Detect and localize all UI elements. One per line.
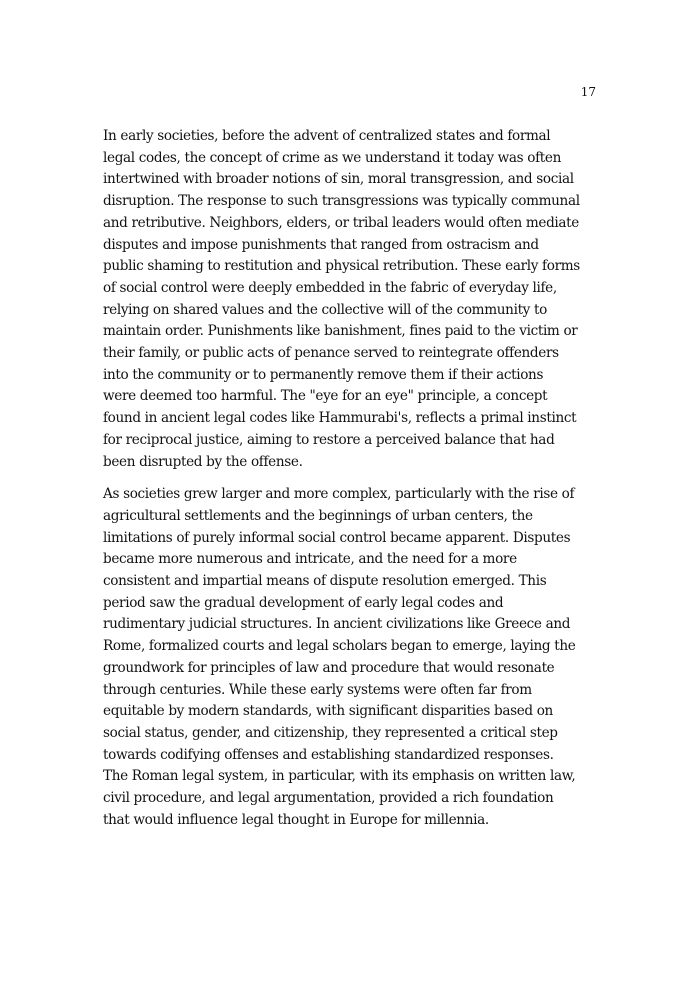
text-line: Rome, formalized courts and legal schola… — [103, 636, 599, 658]
text-line: intertwined with broader notions of sin,… — [103, 169, 599, 191]
text-line: towards codifying offenses and establish… — [103, 745, 599, 767]
text-line: social status, gender, and citizenship, … — [103, 723, 599, 745]
text-line: limitations of purely informal social co… — [103, 528, 599, 550]
text-line: through centuries. While these early sys… — [103, 680, 599, 702]
text-line: became more numerous and intricate, and … — [103, 549, 599, 571]
text-line: equitable by modern standards, with sign… — [103, 701, 599, 723]
text-line: agricultural settlements and the beginni… — [103, 506, 599, 528]
text-line: been disrupted by the offense. — [103, 452, 599, 474]
text-line: The Roman legal system, in particular, w… — [103, 766, 599, 788]
text-line: that would influence legal thought in Eu… — [103, 810, 599, 832]
text-line: of social control were deeply embedded i… — [103, 278, 599, 300]
text-line: legal codes, the concept of crime as we … — [103, 148, 599, 170]
text-line: rudimentary judicial structures. In anci… — [103, 614, 599, 636]
text-line: their family, or public acts of penance … — [103, 343, 599, 365]
text-line: groundwork for principles of law and pro… — [103, 658, 599, 680]
text-line: into the community or to permanently rem… — [103, 365, 599, 387]
page-number: 17 — [581, 85, 596, 99]
paragraph-1: In early societies, before the advent of… — [103, 126, 599, 473]
text-line: period saw the gradual development of ea… — [103, 593, 599, 615]
document-page: 17 In early societies, before the advent… — [0, 0, 699, 992]
text-line: In early societies, before the advent of… — [103, 126, 599, 148]
text-line: maintain order. Punishments like banishm… — [103, 321, 599, 343]
text-line: As societies grew larger and more comple… — [103, 484, 599, 506]
text-line: disruption. The response to such transgr… — [103, 191, 599, 213]
body-text: In early societies, before the advent of… — [103, 126, 599, 843]
text-line: found in ancient legal codes like Hammur… — [103, 408, 599, 430]
paragraph-2: As societies grew larger and more comple… — [103, 484, 599, 831]
text-line: civil procedure, and legal argumentation… — [103, 788, 599, 810]
text-line: disputes and impose punishments that ran… — [103, 235, 599, 257]
text-line: for reciprocal justice, aiming to restor… — [103, 430, 599, 452]
text-line: consistent and impartial means of disput… — [103, 571, 599, 593]
text-line: public shaming to restitution and physic… — [103, 256, 599, 278]
text-line: and retributive. Neighbors, elders, or t… — [103, 213, 599, 235]
text-line: were deemed too harmful. The "eye for an… — [103, 386, 599, 408]
text-line: relying on shared values and the collect… — [103, 300, 599, 322]
